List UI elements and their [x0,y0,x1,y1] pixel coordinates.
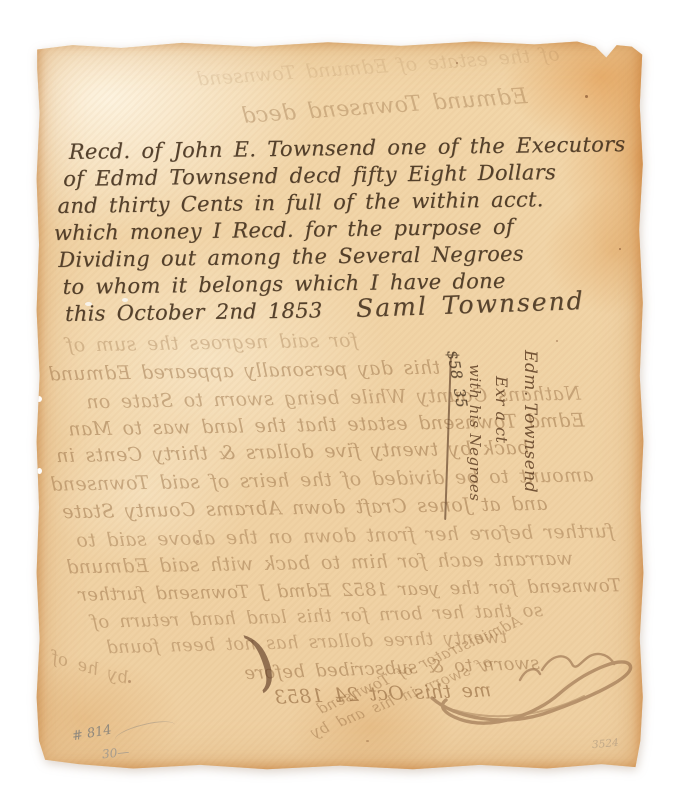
pencil-lot-number: # 814 [71,723,113,745]
foxing-spot [456,62,458,64]
receipt-line-1: Recd. of John E. Townsend one of the Exe… [69,132,626,164]
docket-exr: Exr a ct [492,376,511,520]
receipt-line-3: and thirty Cents in full of the within a… [57,187,543,218]
photo-of-document: of the estate of Edmund Townsend Edmund … [0,0,674,800]
foxing-spot [585,95,588,98]
bleedthrough-header: Edmund Townsend decd [240,84,528,129]
receipt-date-line: this October 2nd 1853 [65,298,323,326]
bleedthrough-top-faint: of the estate of Edmund Townsend [196,43,561,90]
foxing-spot [128,680,131,683]
edge-chip [36,396,42,402]
bleedthrough-line: warrant each for him to back with said E… [66,548,573,579]
receipt-line-5: Dividing out among the Several Negroes [58,242,524,272]
photo-matte: { "colors": { "background": "#ffffff", "… [0,0,674,800]
receipt-line-4: which money I Recd. for the purpose of [54,215,514,245]
bleedthrough-line: further before her front down on the abo… [76,520,615,551]
edge-chip [37,468,42,474]
pencil-curve-mark [113,717,177,748]
paper-flake-speck [122,298,128,302]
foxing-spot [196,540,199,543]
document-paper: of the estate of Edmund Townsend Edmund … [36,40,644,770]
bleedthrough-line: this day personally appeared Edmund [48,357,440,386]
bleedthrough-flourish [424,646,654,736]
docket-negroes: with his Negroes [466,364,484,520]
pencil-corner-number: 3524 [592,737,620,751]
receipt-line-2: of Edmd Townsend decd fifty Eight Dollar… [63,160,556,191]
foxing-spot [556,340,558,342]
docket-name: Edm. Townsend [520,350,540,520]
paper-flake-speck [85,302,92,306]
pencil-price: 30— [101,745,130,762]
foxing-spot [366,740,369,742]
